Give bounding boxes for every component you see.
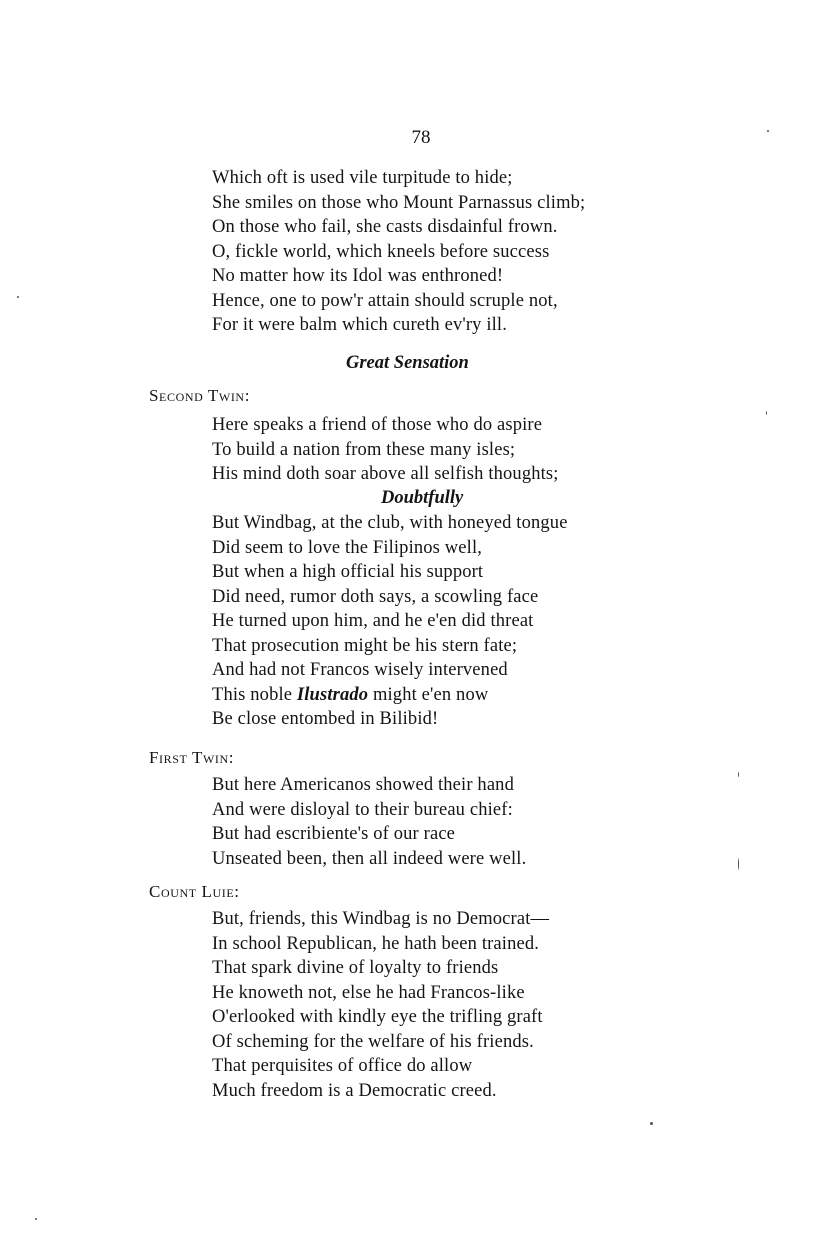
verse-line: For it were balm which cureth ev'ry ill. bbox=[212, 313, 585, 338]
verse-line: That spark divine of loyalty to friends bbox=[212, 956, 549, 981]
verse-line: O'erlooked with kindly eye the trifling … bbox=[212, 1005, 549, 1030]
verse-line: Unseated been, then all indeed were well… bbox=[212, 847, 526, 872]
scan-speck bbox=[766, 411, 767, 415]
verse-line: To build a nation from these many isles; bbox=[212, 438, 559, 463]
verse-line: She smiles on those who Mount Parnassus … bbox=[212, 191, 585, 216]
verse-line: And were disloyal to their bureau chief: bbox=[212, 798, 526, 823]
scan-speck bbox=[738, 772, 739, 777]
verse-line: This noble Ilustrado might e'en now bbox=[212, 683, 568, 708]
verse-line: That perquisites of office do allow bbox=[212, 1054, 549, 1079]
verse-line: Be close entombed in Bilibid! bbox=[212, 707, 568, 732]
scan-speck bbox=[35, 1218, 37, 1220]
verse-line: But Windbag, at the club, with honeyed t… bbox=[212, 511, 568, 536]
verse-line: O, fickle world, which kneels before suc… bbox=[212, 240, 585, 265]
verse-opening: Which oft is used vile turpitude to hide… bbox=[212, 166, 585, 338]
verse-text: This noble bbox=[212, 685, 297, 705]
speaker-second-twin: Second Twin: bbox=[149, 386, 250, 406]
scan-speck bbox=[650, 1122, 653, 1125]
speaker-first-twin: First Twin: bbox=[149, 748, 234, 768]
verse-line: His mind doth soar above all selfish tho… bbox=[212, 462, 559, 487]
verse-line: On those who fail, she casts disdainful … bbox=[212, 215, 585, 240]
speaker-count-luie: Count Luie: bbox=[149, 882, 240, 902]
verse-line: Hence, one to pow'r attain should scrupl… bbox=[212, 289, 585, 314]
verse-line: In school Republican, he hath been train… bbox=[212, 932, 549, 957]
verse-count-luie: But, friends, this Windbag is no Democra… bbox=[212, 907, 549, 1103]
stage-direction-great-sensation: Great Sensation bbox=[346, 353, 469, 374]
verse-line: That prosecution might be his stern fate… bbox=[212, 634, 568, 659]
verse-second-twin-b: But Windbag, at the club, with honeyed t… bbox=[212, 511, 568, 732]
scan-speck bbox=[17, 296, 19, 298]
verse-line: But here Americanos showed their hand bbox=[212, 773, 526, 798]
verse-line: He turned upon him, and he e'en did thre… bbox=[212, 609, 568, 634]
verse-line: Much freedom is a Democratic creed. bbox=[212, 1079, 549, 1104]
verse-line: Here speaks a friend of those who do asp… bbox=[212, 413, 559, 438]
verse-line: But when a high official his support bbox=[212, 560, 568, 585]
scan-speck bbox=[738, 858, 739, 870]
verse-line: Which oft is used vile turpitude to hide… bbox=[212, 166, 585, 191]
verse-line: But, friends, this Windbag is no Democra… bbox=[212, 907, 549, 932]
verse-line: Did seem to love the Filipinos well, bbox=[212, 536, 568, 561]
page-number: 78 bbox=[0, 127, 832, 149]
scan-speck bbox=[767, 130, 769, 132]
verse-line: And had not Francos wisely intervened bbox=[212, 658, 568, 683]
verse-line: Of scheming for the welfare of his frien… bbox=[212, 1030, 549, 1055]
verse-line: But had escribiente's of our race bbox=[212, 822, 526, 847]
italic-word-ilustrado: Ilustrado bbox=[297, 685, 368, 705]
stage-direction-doubtfully: Doubtfully bbox=[381, 488, 463, 509]
verse-second-twin-a: Here speaks a friend of those who do asp… bbox=[212, 413, 559, 487]
verse-text: might e'en now bbox=[368, 685, 488, 705]
verse-line: No matter how its Idol was enthroned! bbox=[212, 264, 585, 289]
verse-line: He knoweth not, else he had Francos-like bbox=[212, 981, 549, 1006]
verse-first-twin: But here Americanos showed their hand An… bbox=[212, 773, 526, 871]
verse-line: Did need, rumor doth says, a scowling fa… bbox=[212, 585, 568, 610]
